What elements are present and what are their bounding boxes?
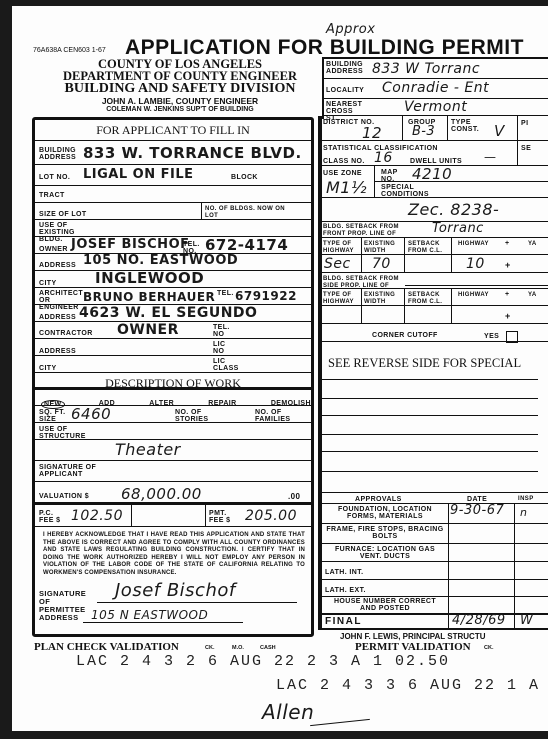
- dwell-units-label: DWELL UNITS: [410, 158, 462, 165]
- district-field[interactable]: 12: [362, 124, 382, 142]
- map-no-field[interactable]: 4210: [412, 165, 452, 183]
- description-heading: DESCRIPTION OF WORK: [35, 376, 311, 391]
- bldgs-on-lot-label: NO. OF BLDGS. NOW ON LOT: [205, 206, 285, 219]
- approval-row-label: FOUNDATION, LOCATION FORMS, MATERIALS: [325, 506, 445, 520]
- dwell-units-field[interactable]: —: [484, 150, 497, 164]
- sqft-label: SQ. FT. SIZE: [39, 409, 67, 423]
- owner-address-label: ADDRESS: [39, 262, 76, 269]
- side-plus: +: [505, 313, 511, 320]
- permit-ck: CK.: [484, 645, 493, 651]
- use-zone-field[interactable]: M1½: [326, 178, 367, 197]
- form-number: 76A638A CEN603 1-67: [33, 47, 106, 54]
- contractor-city-label: CITY: [39, 365, 57, 372]
- group-field[interactable]: B-3: [412, 124, 435, 139]
- type-const-label: TYPE CONST.: [451, 119, 481, 133]
- front-setback-field[interactable]: Torranc: [432, 221, 484, 236]
- date-header: DATE: [467, 496, 487, 503]
- contractor-lic-label: LIC NO: [213, 341, 227, 355]
- scan-edge-left: [0, 0, 12, 739]
- owner-city-field[interactable]: INGLEWOOD: [95, 269, 204, 287]
- lot-no-field[interactable]: LIGAL ON FILE: [83, 167, 194, 182]
- superintendent: COLEMAN W. JENKINS SUP'T OF BUILDING: [50, 106, 310, 113]
- owner-city-label: CITY: [39, 280, 57, 287]
- approval-row-insp[interactable]: n: [520, 506, 527, 519]
- plan-check-cash: CASH: [260, 645, 276, 651]
- valuation-label: VALUATION $: [39, 493, 89, 500]
- approval-row-label: LATH. INT.: [325, 569, 363, 576]
- front-highway-field[interactable]: 10: [466, 256, 485, 272]
- special-conditions-label: SPECIAL CONDITIONS: [381, 184, 431, 198]
- valuation-cents: .00: [288, 493, 300, 500]
- permittee-address-field[interactable]: 105 N EASTWOOD: [91, 608, 208, 622]
- owner-tel-field[interactable]: 672-4174: [205, 236, 288, 254]
- permittee-address-label: ADDRESS: [39, 614, 78, 621]
- office-building-address-field[interactable]: 833 W Torranc: [372, 61, 480, 77]
- side-ya-header: YA: [528, 292, 537, 299]
- corner-cutoff-checkbox[interactable]: [506, 328, 518, 346]
- side-existing-width-header: EXISTING WIDTH: [364, 292, 400, 306]
- applicant-section: FOR APPLICANT TO FILL IN BUILDING ADDRES…: [32, 117, 314, 637]
- final-date[interactable]: 4/28/69: [452, 613, 506, 628]
- approval-row-label: FRAME, FIRE STOPS, BRACING BOLTS: [325, 526, 445, 540]
- side-setback-cl-header: SETBACK FROM C.L.: [408, 292, 448, 306]
- families-label: NO. OF FAMILIES: [255, 409, 305, 423]
- locality-field[interactable]: Conradie - Ent: [382, 80, 489, 96]
- use-of-structure-field[interactable]: Theater: [115, 440, 181, 459]
- principal-name: JOHN F. LEWIS, PRINCIPAL STRUCTU: [340, 632, 486, 641]
- building-address-label: BUILDING ADDRESS: [39, 147, 79, 161]
- applicant-signature-label: SIGNATURE OF APPLICANT: [39, 464, 109, 478]
- division-name: BUILDING AND SAFETY DIVISION: [50, 82, 310, 96]
- pmt-fee-label: PMT. FEE $: [209, 510, 239, 524]
- section-heading: FOR APPLICANT TO FILL IN: [35, 123, 311, 138]
- contractor-tel-label: TEL. NO: [213, 324, 231, 338]
- lot-no-label: LOT NO.: [39, 174, 70, 181]
- owner-label: OWNER: [39, 246, 68, 253]
- approval-row-label: FURNACE: LOCATION GAS VENT. DUCTS: [325, 546, 445, 560]
- architect-address-label: ADDRESS: [39, 314, 76, 321]
- permit-document: 76A638A CEN603 1-67 APPLICATION FOR BUIL…: [0, 0, 548, 739]
- locality-label: LOCALITY: [326, 87, 364, 94]
- approval-row-date[interactable]: 9-30-67: [450, 503, 504, 518]
- permit-stamp: LAC 2 4 3 3 6 AUG 22 1 A 205: [276, 677, 548, 694]
- type-const-field[interactable]: V: [494, 122, 505, 140]
- plus-header: +: [505, 240, 510, 247]
- owner-address-field[interactable]: 105 NO. EASTWOOD: [83, 253, 238, 268]
- pc-fee-label: P.C. FEE $: [39, 510, 69, 524]
- front-plus: +: [505, 262, 511, 269]
- approval-row-label: LATH. EXT.: [325, 587, 366, 594]
- ya-header: YA: [528, 241, 537, 248]
- contractor-address-label: ADDRESS: [39, 348, 76, 355]
- issuer-block: COUNTY OF LOS ANGELES DEPARTMENT OF COUN…: [50, 58, 310, 113]
- stories-label: NO. OF STORIES: [175, 409, 215, 423]
- class-no-field[interactable]: 16: [374, 150, 393, 166]
- architect-field[interactable]: BRUNO BERHAUER: [83, 290, 215, 304]
- permit-validation-label: PERMIT VALIDATION: [355, 641, 471, 653]
- pi-label: PI: [521, 120, 528, 127]
- class-no-label: CLASS NO.: [323, 158, 365, 165]
- plan-check-stamp: LAC 2 4 3 2 6 AUG 22 2 3 A 1 02.50: [76, 653, 450, 670]
- final-insp[interactable]: W: [520, 613, 533, 628]
- plan-check-mo: M.O.: [232, 645, 244, 651]
- county-engineer: JOHN A. LAMBIE, COUNTY ENGINEER: [50, 96, 310, 106]
- front-highway-type-field[interactable]: Sec: [324, 256, 351, 272]
- approvals-header: APPROVALS: [355, 496, 402, 503]
- block-label: BLOCK: [231, 174, 258, 181]
- plan-check-validation-label: PLAN CHECK VALIDATION: [34, 641, 179, 653]
- map-no-label: MAP NO.: [381, 169, 401, 183]
- highway-type-header: TYPE OF HIGHWAY: [323, 241, 359, 255]
- approx-annotation: Approx: [326, 22, 375, 37]
- use-of-structure-label: USE OF STRUCTURE: [39, 426, 99, 440]
- scan-edge-top: [0, 0, 548, 6]
- existing-width-header: EXISTING WIDTH: [364, 241, 400, 255]
- architect-address-field[interactable]: 4623 W. EL SEGUNDO: [79, 305, 257, 321]
- corner-cutoff-label: CORNER CUTOFF: [372, 332, 438, 339]
- reverse-side-note: SEE REVERSE SIDE FOR SPECIAL: [328, 356, 521, 371]
- front-width-field[interactable]: 70: [372, 256, 391, 272]
- side-highway-header: HIGHWAY: [458, 292, 489, 299]
- highway-header: HIGHWAY: [458, 241, 489, 248]
- sqft-field[interactable]: 6460: [71, 405, 111, 423]
- permittee-signature-label: SIGNATURE OF PERMITTEE: [39, 590, 99, 614]
- insp-header: INSP: [518, 496, 534, 503]
- front-setback-label: BLDG. SETBACK FROM FRONT PROP. LINE OF: [323, 224, 413, 237]
- side-plus-header: +: [505, 291, 510, 298]
- scan-edge-bottom: [0, 731, 548, 739]
- owner-field[interactable]: JOSEF BISCHOF: [71, 237, 190, 252]
- setback-cl-header: SETBACK FROM C.L.: [408, 241, 448, 255]
- contractor-label: CONTRACTOR: [39, 330, 93, 337]
- pc-fee-field[interactable]: 102.50: [71, 508, 123, 524]
- pmt-fee-field[interactable]: 205.00: [245, 508, 297, 524]
- tract-label: TRACT: [39, 192, 65, 199]
- permittee-signature[interactable]: Josef Bischof: [115, 580, 236, 601]
- approval-row-label: HOUSE NUMBER CORRECT AND POSTED: [325, 598, 445, 612]
- se-label: SE: [521, 145, 531, 152]
- architect-tel-label: TEL.: [217, 290, 234, 297]
- corner-cutoff-yes-label: YES: [484, 333, 499, 340]
- cross-street-field[interactable]: Vermont: [404, 99, 467, 115]
- special-conditions-field[interactable]: Zec. 8238-: [408, 200, 499, 219]
- contractor-lic-class-label: LIC CLASS: [213, 358, 235, 372]
- approval-row-label: FINAL: [325, 616, 362, 627]
- valuation-field[interactable]: 68,000.00: [121, 485, 202, 503]
- size-of-lot-label: SIZE OF LOT: [39, 211, 87, 218]
- architect-tel-field[interactable]: 6791922: [235, 289, 297, 303]
- side-highway-type-header: TYPE OF HIGHWAY: [323, 292, 359, 306]
- office-building-address-label: BUILDING ADDRESS: [326, 61, 370, 75]
- validation-signature: Allen: [262, 700, 314, 724]
- side-setback-label: BLDG. SETBACK FROM SIDE PROP. LINE OF: [323, 276, 413, 289]
- contractor-field[interactable]: OWNER: [117, 322, 179, 338]
- use-zone-label: USE ZONE: [323, 170, 362, 177]
- certification-text: I HEREBY ACKNOWLEDGE THAT I HAVE READ TH…: [43, 532, 305, 577]
- building-address-field[interactable]: 833 W. TORRANCE BLVD.: [83, 144, 302, 162]
- plan-check-ck: CK.: [205, 645, 214, 651]
